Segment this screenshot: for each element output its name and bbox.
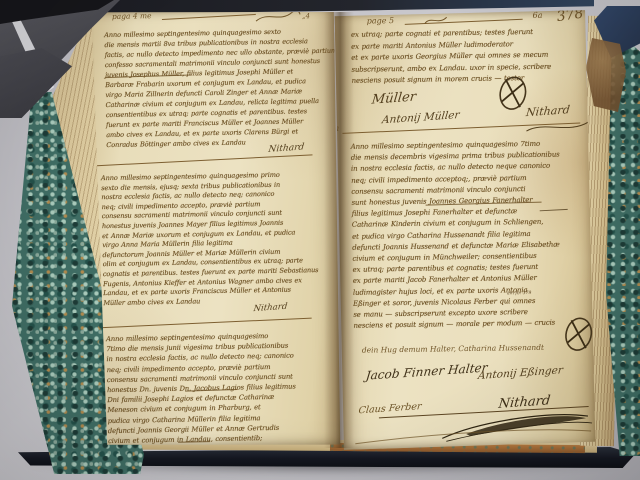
priest-signature: Nithard: [525, 103, 570, 119]
header-mark: 6a: [533, 11, 543, 20]
signum-crucis-icon: [561, 314, 596, 355]
marriage-record-3: Anno millesimo septingentesimo quinquage…: [106, 330, 336, 447]
priest-signature: Nithard: [253, 302, 288, 314]
priest-signature: Nithard: [268, 142, 305, 155]
header-dash-line: [162, 14, 256, 20]
record-divider-line: [100, 318, 312, 329]
witness-signature: Jacob Finner Halter: [365, 361, 488, 383]
record-divider-line: [97, 154, 313, 166]
marriage-record-continued: ex utraq; parte cognati et parentibus; t…: [351, 26, 582, 88]
interline-note: am fo: 379: [507, 291, 531, 296]
quill-knot-icon: [423, 13, 449, 27]
left-page: 17. paga 4 me „4 Anno millesimo septinge…: [88, 8, 342, 450]
witness-signature: Claus Ferber: [358, 401, 422, 416]
witness-signature: Antonij Müller: [381, 109, 460, 126]
margin-mark: „4: [302, 12, 310, 20]
signature-flourish: [524, 118, 590, 137]
header-scribble: page 5: [367, 16, 395, 25]
marriage-record-4: Anno millesimo septingentesimo quinquage…: [351, 138, 588, 332]
photo-of-parish-register: 17. paga 4 me „4 Anno millesimo septinge…: [0, 0, 640, 480]
right-page: page 5 6a 378 ex utraq; parte cognati et…: [335, 10, 596, 450]
page-gutter-shadow: [324, 12, 354, 448]
marriage-record-1: Anno millesimo septingentesimo quinquage…: [104, 26, 332, 150]
witness-signature: Antonij Eßinger: [477, 364, 563, 382]
page-number: 378: [556, 6, 585, 26]
marriage-record-2: Anno millesimo septingentesimo quinquage…: [101, 170, 332, 309]
names-line: dein Hug demum Halter, Catharina Hussena…: [362, 343, 544, 355]
groom-signature: Müller: [371, 90, 417, 108]
signum-crucis-icon: [496, 73, 531, 114]
header-scribble: paga 4 me: [112, 11, 152, 21]
